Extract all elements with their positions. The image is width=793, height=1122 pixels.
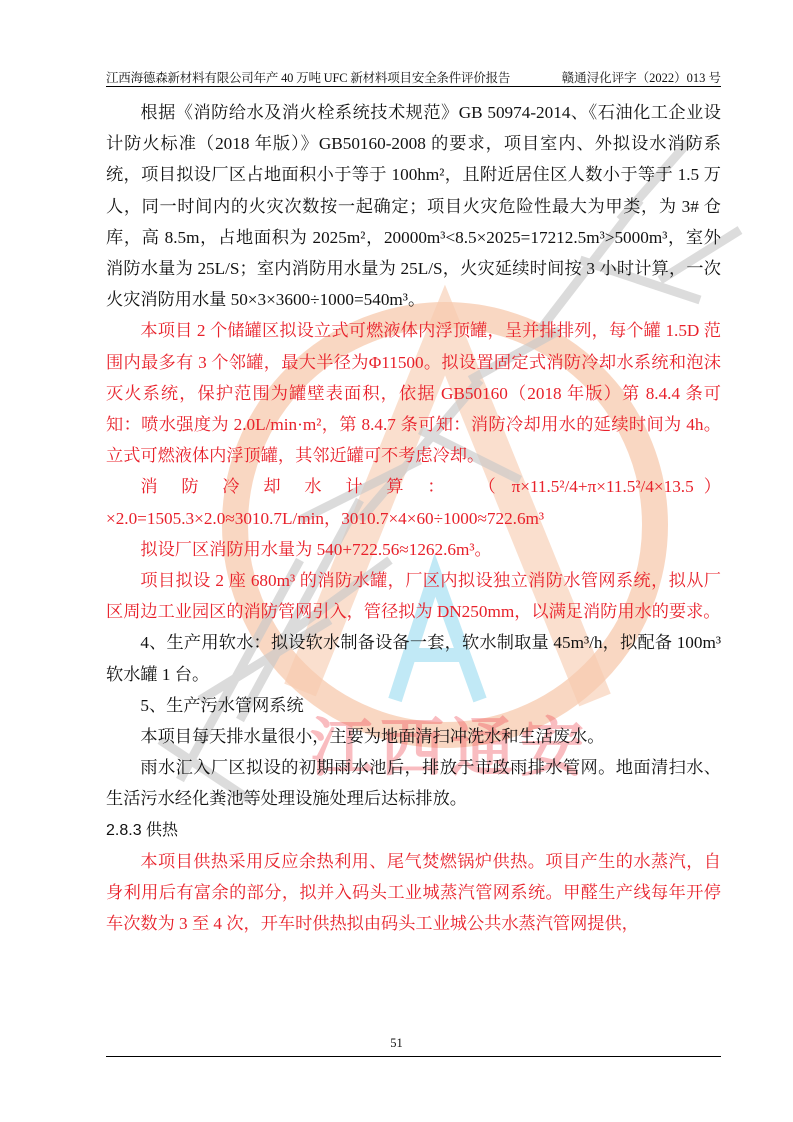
- cooling-calc-formula-2: ×2.0=1505.3×2.0≈3010.7L/min，3010.7×4×60÷…: [106, 503, 721, 534]
- header-report-number: 赣通浔化评字（2022）013 号: [562, 68, 721, 86]
- document-page: 江西通安 江西海德森新材料有限公司年产 40 万吨 UFC 新材料项目安全条件评…: [0, 0, 793, 1122]
- page-header: 江西海德森新材料有限公司年产 40 万吨 UFC 新材料项目安全条件评价报告 赣…: [106, 66, 721, 87]
- page-number: 51: [0, 1036, 793, 1051]
- paragraph-fire-water-standard: 根据《消防给水及消火栓系统技术规范》GB 50974-2014、《石油化工企业设…: [106, 97, 721, 315]
- paragraph-drainage: 本项目每天排水量很小，主要为地面清扫冲洗水和生活废水。: [106, 721, 721, 752]
- paragraph-rainwater: 雨水汇入厂区拟设的初期雨水池后，排放于市政雨排水管网。地面清扫水、生活污水经化粪…: [106, 752, 721, 814]
- cooling-calc-formula-1: （ π×11.5²/4+π×11.5²/4×13.5 ）: [478, 477, 721, 496]
- footer-divider: [106, 1056, 721, 1057]
- paragraph-total-fire-water: 拟设厂区消防用水量为 540+722.56≈1262.6m³。: [106, 534, 721, 565]
- header-report-title: 江西海德森新材料有限公司年产 40 万吨 UFC 新材料项目安全条件评价报告: [106, 68, 510, 86]
- paragraph-sewage-heading: 5、生产污水管网系统: [106, 690, 721, 721]
- document-body: 根据《消防给水及消火栓系统技术规范》GB 50974-2014、《石油化工企业设…: [106, 97, 721, 939]
- paragraph-tank-area: 本项目 2 个储罐区拟设立式可燃液体内浮顶罐，呈并排排列，每个罐 1.5D 范围…: [106, 315, 721, 471]
- paragraph-heat-supply: 本项目供热采用反应余热利用、尾气焚燃锅炉供热。项目产生的水蒸汽，自身利用后有富余…: [106, 846, 721, 940]
- paragraph-fire-tanks: 项目拟设 2 座 680m³ 的消防水罐，厂区内拟设独立消防水管网系统，拟从厂区…: [106, 565, 721, 627]
- paragraph-soft-water: 4、生产用软水：拟设软水制备设备一套，软水制取量 45m³/h，拟配备 100m…: [106, 627, 721, 689]
- cooling-calc-label: 消防冷却水计算：: [140, 477, 468, 496]
- section-heading-heat-supply: 2.8.3 供热: [106, 815, 721, 846]
- paragraph-cooling-calc-label: 消防冷却水计算： （ π×11.5²/4+π×11.5²/4×13.5 ）: [106, 471, 721, 502]
